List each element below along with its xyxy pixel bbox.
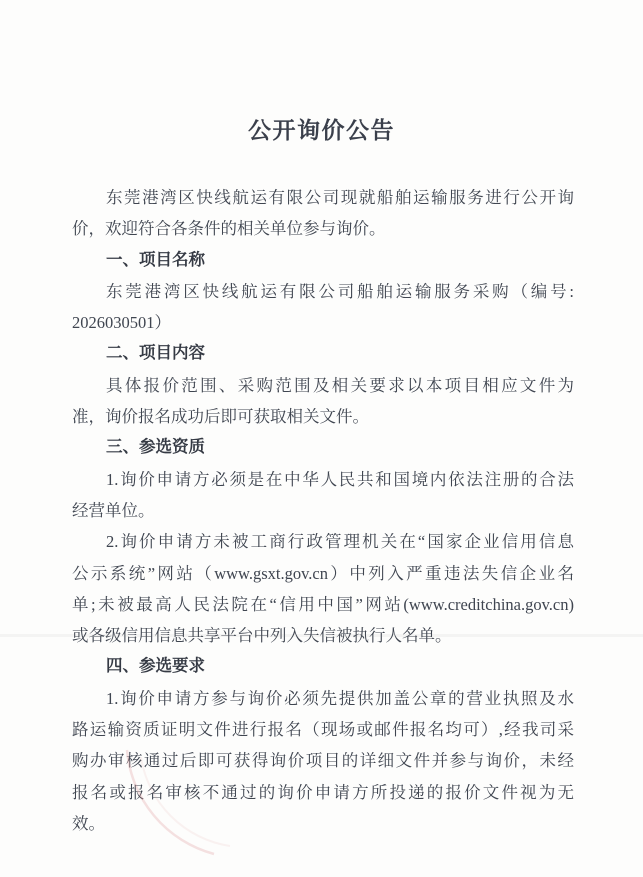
text-line: 单;未被最高人民法院在“信用中国”网站(www.creditchina.gov.… bbox=[72, 589, 574, 620]
document-title: 公开询价公告 bbox=[0, 112, 643, 145]
text-line: 东莞港湾区快线航运有限公司现就船舶运输服务进行公开询 bbox=[72, 182, 574, 213]
scan-crease-artifact bbox=[0, 634, 643, 637]
heading-line: 二、项目内容 bbox=[72, 338, 574, 369]
text-line: 2026030501） bbox=[72, 307, 574, 338]
text-line: 报名或报名审核不通过的询价申请方所投递的报价文件视为无 bbox=[72, 777, 574, 808]
text-line: 路运输资质证明文件进行报名（现场或邮件报名均可）,经我司采 bbox=[72, 714, 574, 745]
heading-line: 三、参选资质 bbox=[72, 432, 574, 463]
text-line: 公示系统”网站（www.gsxt.gov.cn）中列入严重违法失信企业名 bbox=[72, 558, 574, 589]
text-line: 购办审核通过后即可获得询价项目的详细文件并参与询价，未经 bbox=[72, 745, 574, 776]
text-line: 经营单位。 bbox=[72, 495, 574, 526]
scanned-document-page: 公开询价公告 东莞港湾区快线航运有限公司现就船舶运输服务进行公开询价，欢迎符合各… bbox=[0, 0, 643, 877]
text-line: 东莞港湾区快线航运有限公司船舶运输服务采购（编号: bbox=[72, 276, 574, 307]
heading-line: 四、参选要求 bbox=[72, 651, 574, 682]
section-heading: 四、参选要求 bbox=[72, 651, 574, 682]
paragraph: 2.询价申请方未被工商行政管理机关在“国家企业信用信息公示系统”网站（www.g… bbox=[72, 526, 574, 651]
text-line: 准，询价报名成功后即可获取相关文件。 bbox=[72, 401, 574, 432]
text-line: 效。 bbox=[72, 808, 574, 839]
section-heading: 二、项目内容 bbox=[72, 338, 574, 369]
text-line: 1.询价申请方必须是在中华人民共和国境内依法注册的合法 bbox=[72, 464, 574, 495]
section-heading: 一、项目名称 bbox=[72, 245, 574, 276]
text-line: 2.询价申请方未被工商行政管理机关在“国家企业信用信息 bbox=[72, 526, 574, 557]
text-line: 价，欢迎符合各条件的相关单位参与询价。 bbox=[72, 213, 574, 244]
paragraph: 东莞港湾区快线航运有限公司船舶运输服务采购（编号:2026030501） bbox=[72, 276, 574, 339]
paragraph: 东莞港湾区快线航运有限公司现就船舶运输服务进行公开询价，欢迎符合各条件的相关单位… bbox=[72, 182, 574, 245]
text-line: 1.询价申请方参与询价必须先提供加盖公章的营业执照及水 bbox=[72, 683, 574, 714]
heading-line: 一、项目名称 bbox=[72, 245, 574, 276]
document-content: 东莞港湾区快线航运有限公司现就船舶运输服务进行公开询价，欢迎符合各条件的相关单位… bbox=[72, 182, 574, 839]
paragraph: 1.询价申请方参与询价必须先提供加盖公章的营业执照及水路运输资质证明文件进行报名… bbox=[72, 683, 574, 839]
section-heading: 三、参选资质 bbox=[72, 432, 574, 463]
text-line: 具体报价范围、采购范围及相关要求以本项目相应文件为 bbox=[72, 370, 574, 401]
paragraph: 具体报价范围、采购范围及相关要求以本项目相应文件为准，询价报名成功后即可获取相关… bbox=[72, 370, 574, 433]
paragraph: 1.询价申请方必须是在中华人民共和国境内依法注册的合法经营单位。 bbox=[72, 464, 574, 527]
